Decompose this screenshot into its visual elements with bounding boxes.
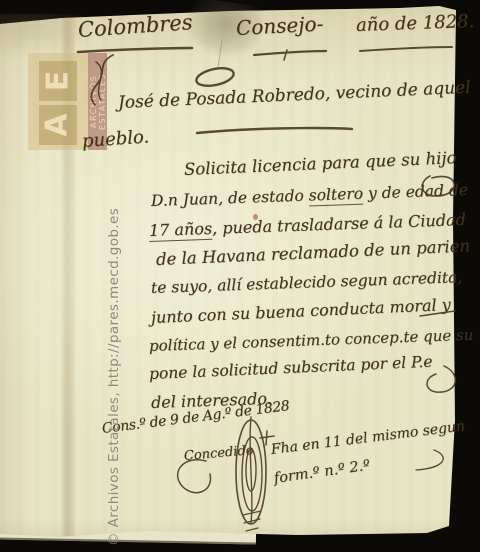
petition-line-3-underlined: 17 años xyxy=(149,219,213,242)
copyright-text: © Archivos Estatales, http://pares.mecd.… xyxy=(106,158,124,546)
watermark-square-e: E xyxy=(39,61,77,101)
watermark-square-a: A xyxy=(39,105,77,145)
watermark-logo-panel: E A xyxy=(28,53,88,150)
header-year: año de 1828. xyxy=(356,11,475,36)
petition-line-2-post: y de edad de xyxy=(363,181,468,203)
scanned-document-view: E A ARCHIVOS ESTATALES Colombres Consejo… xyxy=(0,0,480,552)
watermark-letter-a: A xyxy=(43,113,73,136)
header-heading: Consejo- xyxy=(235,11,323,40)
petition-line-2-underlined: soltero xyxy=(308,185,363,207)
watermark-letter-e: E xyxy=(43,71,73,92)
